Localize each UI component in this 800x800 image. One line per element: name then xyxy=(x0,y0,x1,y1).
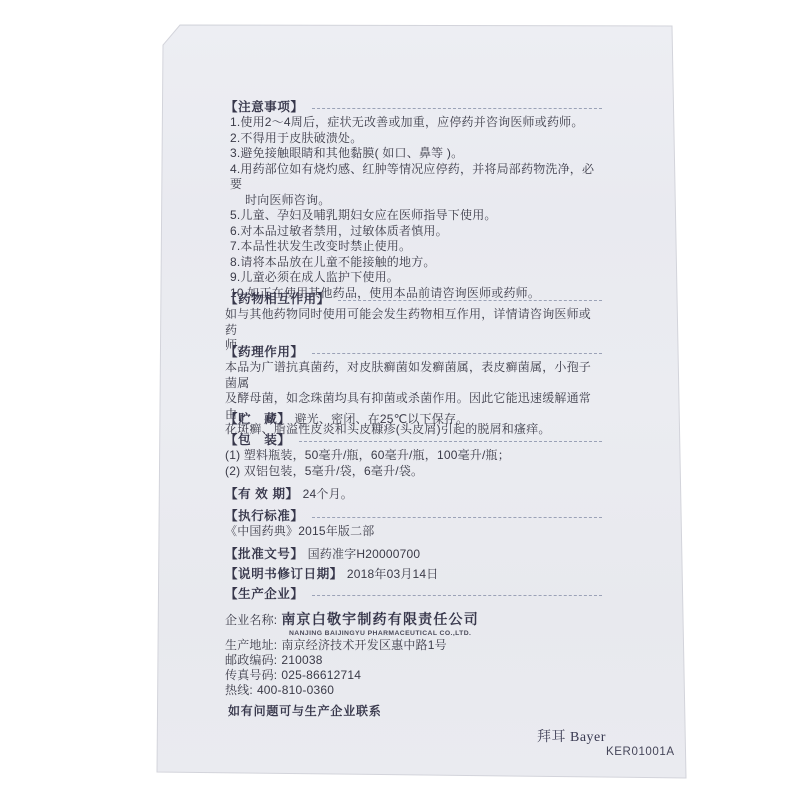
text-line: (2) 双铝包装，5毫升/袋，6毫升/袋。 xyxy=(225,464,602,480)
section-precautions: 【注意事项】 1.使用2～4周后，症状无改善或加重，应停药并咨询医师或药师。 2… xyxy=(225,100,602,301)
producer-field: 邮政编码:210038 xyxy=(225,653,602,668)
section-title: 【批准文号】 xyxy=(225,547,304,563)
text-line: 国药准字H20000700 xyxy=(308,547,421,563)
section-approval: 【批准文号】 国药准字H20000700 xyxy=(225,547,602,563)
section-storage: 【贮 藏】 避光、密闭、在25℃以下保存。 xyxy=(225,412,602,428)
print-code: KER01001A xyxy=(606,746,675,758)
section-revision-date: 【说明书修订日期】 2018年03月14日 xyxy=(225,567,602,583)
section-title: 【注意事项】 xyxy=(225,100,304,115)
field-value: 210038 xyxy=(281,653,322,667)
field-value: 400-810-0360 xyxy=(257,683,334,697)
dotted-leader xyxy=(299,441,602,442)
text-line: 避光、密闭、在25℃以下保存。 xyxy=(295,412,469,428)
section-validity: 【有 效 期】 24个月。 xyxy=(225,487,602,503)
text-line: 3.避免接触眼睛和其他黏膜( 如口、鼻等 )。 xyxy=(230,146,602,162)
dotted-leader xyxy=(312,595,602,596)
revision-row: 【说明书修订日期】 2018年03月14日 xyxy=(225,567,602,583)
approval-row: 【批准文号】 国药准字H20000700 xyxy=(225,547,602,563)
dotted-leader xyxy=(312,108,602,109)
company-name-en: NANJING BAIJINGYU PHARMACEUTICAL CO.,LTD… xyxy=(225,629,602,638)
text-line: 9.儿童必须在成人监护下使用。 xyxy=(230,270,602,286)
section-title: 【贮 藏】 xyxy=(225,412,291,428)
section-title: 【执行标准】 xyxy=(225,509,304,524)
producer-field: 生产地址:南京经济技术开发区惠中路1号 xyxy=(225,638,602,653)
producer-field: 热线:400-810-0360 xyxy=(225,683,602,698)
section-title: 【生产企业】 xyxy=(225,587,304,602)
producer-field: 传真号码:025-86612714 xyxy=(225,668,602,683)
field-label: 热线: xyxy=(225,683,253,697)
validity-row: 【有 效 期】 24个月。 xyxy=(225,487,602,503)
precaution-items: 1.使用2～4周后，症状无改善或加重，应停药并咨询医师或药师。 2.不得用于皮肤… xyxy=(225,115,602,301)
text-line: 7.本品性状发生改变时禁止使用。 xyxy=(230,239,602,255)
section-head: 【药物相互作用】 xyxy=(225,292,602,307)
section-title: 【药物相互作用】 xyxy=(225,292,330,307)
section-head: 【药理作用】 xyxy=(225,345,602,360)
field-label: 传真号码: xyxy=(225,668,277,682)
dotted-leader xyxy=(312,353,602,354)
field-label: 生产地址: xyxy=(225,638,277,652)
company-name-row: 企业名称:南京白敬宇制药有限责任公司 xyxy=(225,611,602,629)
contact-note: 如有问题可与生产企业联系 xyxy=(228,702,382,719)
field-value: 南京经济技术开发区惠中路1号 xyxy=(281,638,446,652)
field-value: 025-86612714 xyxy=(281,668,361,682)
text-line: 8.请将本品放在儿童不能接触的地方。 xyxy=(230,255,602,271)
text-line: 4.用药部位如有烧灼感、红肿等情况应停药，并将局部药物洗净，必要 xyxy=(230,162,602,193)
storage-row: 【贮 藏】 避光、密闭、在25℃以下保存。 xyxy=(225,412,602,428)
section-standard: 【执行标准】 《中国药典》2015年版二部 xyxy=(225,509,602,540)
section-head: 【注意事项】 xyxy=(225,100,602,115)
section-title: 【有 效 期】 xyxy=(225,487,299,503)
section-head: 【执行标准】 xyxy=(225,509,602,524)
text-line: 《中国药典》2015年版二部 xyxy=(225,524,602,540)
text-line: 5.儿童、孕妇及哺乳期妇女应在医师指导下使用。 xyxy=(230,208,602,224)
section-head: 【包 装】 xyxy=(225,433,602,448)
text-line: 时向医师咨询。 xyxy=(230,193,602,209)
field-label: 企业名称: xyxy=(225,613,277,627)
section-producer: 【生产企业】 企业名称:南京白敬宇制药有限责任公司 NANJING BAIJIN… xyxy=(225,587,602,698)
section-head: 【生产企业】 xyxy=(225,587,602,602)
dotted-leader xyxy=(338,300,602,301)
field-label: 邮政编码: xyxy=(225,653,277,667)
text-line: 6.对本品过敏者禁用，过敏体质者慎用。 xyxy=(230,224,602,240)
company-name: 南京白敬宇制药有限责任公司 xyxy=(281,611,479,627)
text-line: (1) 塑料瓶装，50毫升/瓶，60毫升/瓶，100毫升/瓶； xyxy=(225,448,602,464)
text-line: 如与其他药物同时使用可能会发生药物相互作用，详情请咨询医师或药 xyxy=(225,307,602,338)
section-packaging: 【包 装】 (1) 塑料瓶装，50毫升/瓶，60毫升/瓶，100毫升/瓶； (2… xyxy=(225,433,602,479)
section-title: 【药理作用】 xyxy=(225,345,304,360)
text-line: 2018年03月14日 xyxy=(347,567,439,583)
section-title: 【包 装】 xyxy=(225,433,291,448)
section-title: 【说明书修订日期】 xyxy=(225,567,343,583)
text-line: 本品为广谱抗真菌药，对皮肤癣菌如发癣菌属，表皮癣菌属，小孢子菌属 xyxy=(225,360,602,391)
leaflet-text: 【注意事项】 1.使用2～4周后，症状无改善或加重，应停药并咨询医师或药师。 2… xyxy=(0,0,800,800)
bayer-logo: 拜耳 Bayer xyxy=(537,726,606,746)
text-line: 24个月。 xyxy=(303,487,353,503)
dotted-leader xyxy=(312,517,602,518)
text-line: 1.使用2～4周后，症状无改善或加重，应停药并咨询医师或药师。 xyxy=(230,115,602,131)
photo-background: 【注意事项】 1.使用2～4周后，症状无改善或加重，应停药并咨询医师或药师。 2… xyxy=(0,0,800,800)
text-line: 2.不得用于皮肤破溃处。 xyxy=(230,131,602,147)
